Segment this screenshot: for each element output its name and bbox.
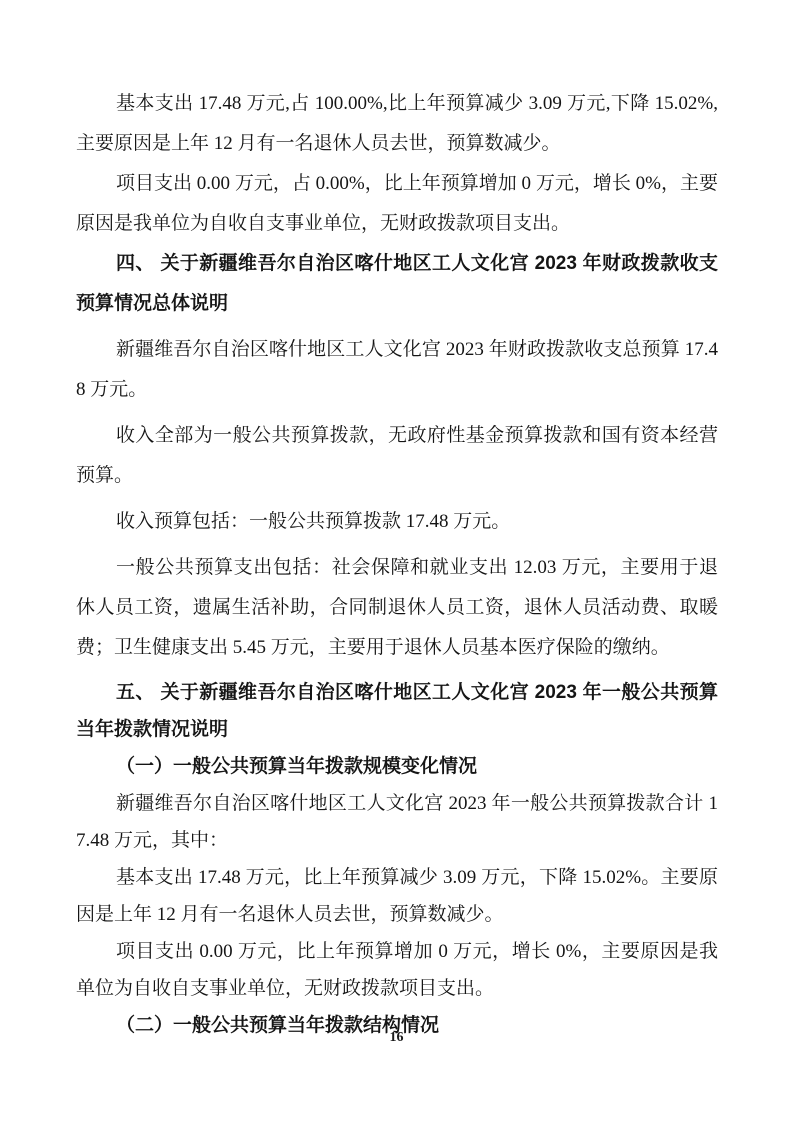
document-page: 基本支出 17.48 万元,占 100.00%,比上年预算减少 3.09 万元,…: [0, 0, 793, 1122]
paragraph: 收入全部为一般公共预算拨款，无政府性基金预算拨款和国有资本经营预算。: [76, 416, 718, 496]
sub-section-heading: （一）一般公共预算当年拨款规模变化情况: [76, 748, 718, 785]
section-heading: 五、 关于新疆维吾尔自治区喀什地区工人文化宫 2023 年一般公共预算当年拨款情…: [76, 674, 718, 748]
document-content: 基本支出 17.48 万元,占 100.00%,比上年预算减少 3.09 万元,…: [76, 84, 718, 1044]
paragraph: 项目支出 0.00 万元，比上年预算增加 0 万元，增长 0%，主要原因是我单位…: [76, 933, 718, 1007]
paragraph: 基本支出 17.48 万元，比上年预算减少 3.09 万元，下降 15.02%。…: [76, 859, 718, 933]
paragraph: 一般公共预算支出包括：社会保障和就业支出 12.03 万元，主要用于退休人员工资…: [76, 548, 718, 668]
paragraph: 新疆维吾尔自治区喀什地区工人文化宫 2023 年一般公共预算拨款合计 17.48…: [76, 785, 718, 859]
paragraph: 收入预算包括：一般公共预算拨款 17.48 万元。: [76, 502, 718, 542]
paragraph: 基本支出 17.48 万元,占 100.00%,比上年预算减少 3.09 万元,…: [76, 84, 718, 164]
paragraph: 新疆维吾尔自治区喀什地区工人文化宫 2023 年财政拨款收支总预算 17.48 …: [76, 330, 718, 410]
page-number: 16: [0, 1030, 793, 1046]
section-heading: 四、 关于新疆维吾尔自治区喀什地区工人文化宫 2023 年财政拨款收支预算情况总…: [76, 244, 718, 324]
paragraph: 项目支出 0.00 万元，占 0.00%，比上年预算增加 0 万元，增长 0%，…: [76, 164, 718, 244]
